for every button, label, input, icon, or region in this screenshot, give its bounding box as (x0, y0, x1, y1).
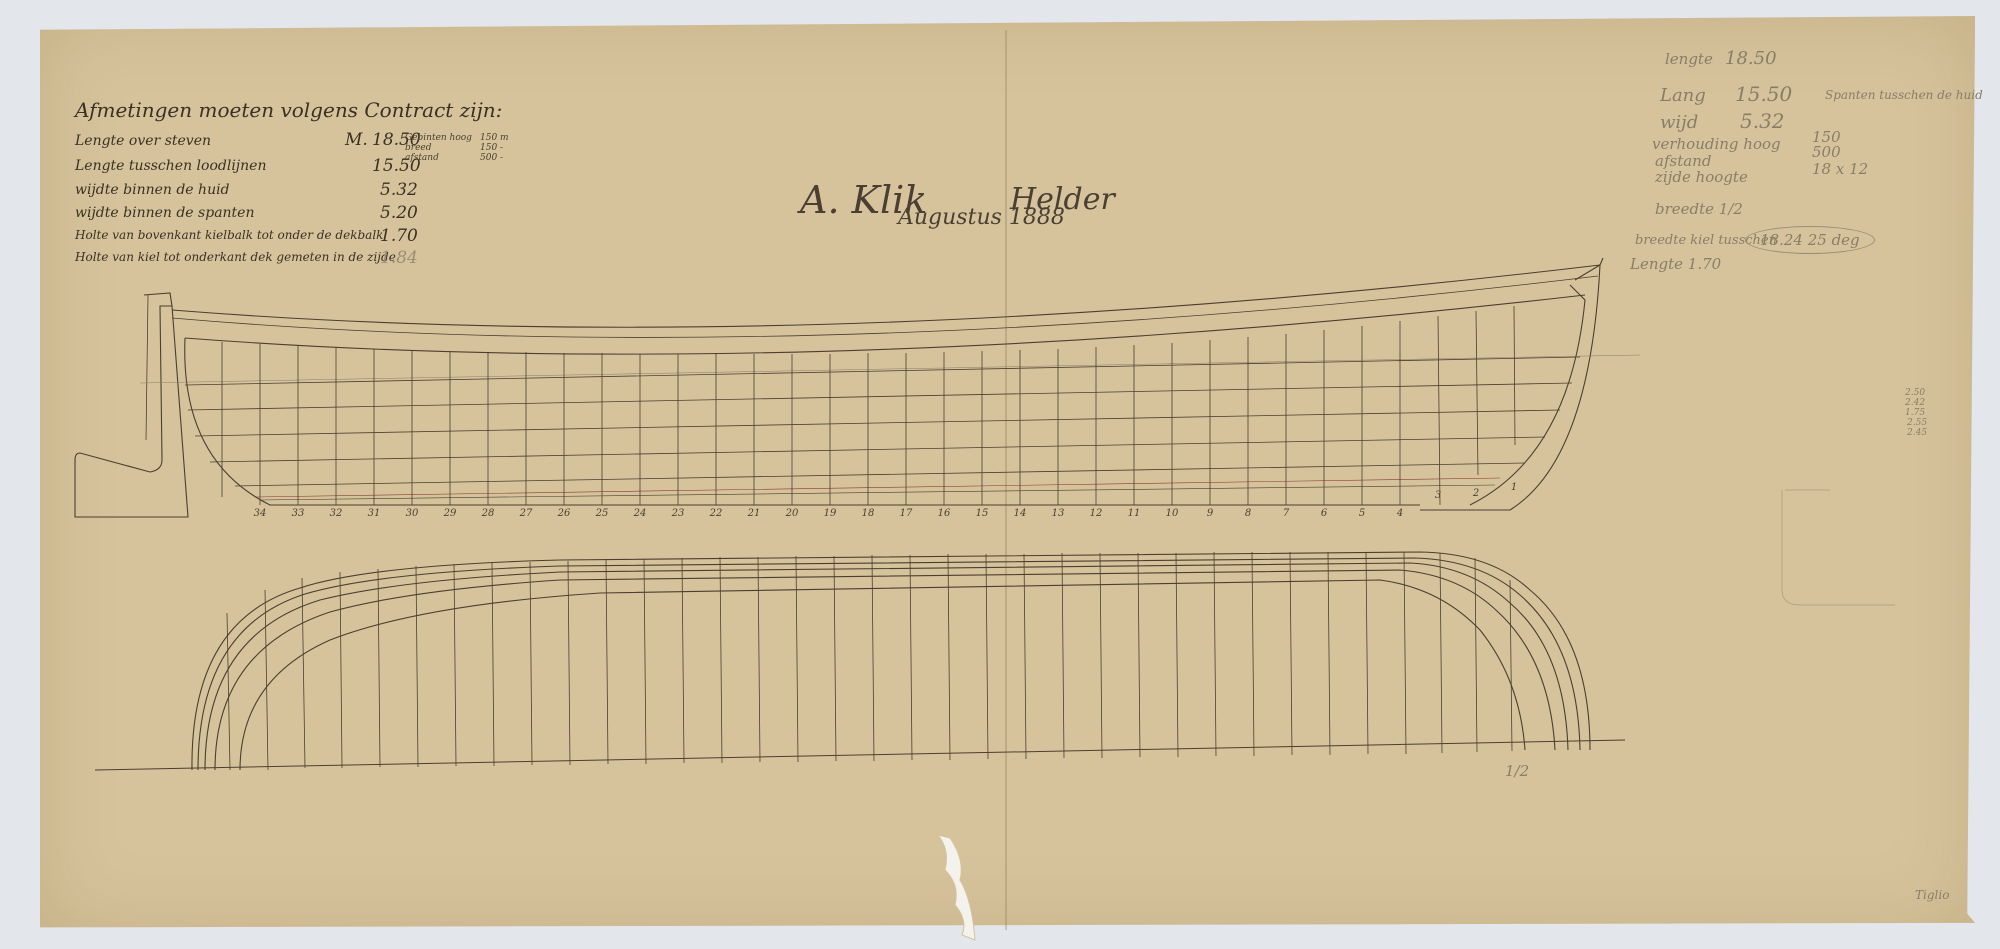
station-label: 26 (558, 508, 571, 519)
station-label: 29 (444, 508, 457, 519)
station-label: 14 (1014, 508, 1027, 519)
station-label: 8 (1245, 508, 1251, 519)
station-label: 2 (1473, 488, 1479, 499)
station-label: 20 (786, 508, 799, 519)
plan-view (95, 552, 1625, 770)
station-label: 12 (1090, 508, 1103, 519)
station-label: 25 (596, 508, 609, 519)
station-label: 18 (862, 508, 875, 519)
station-label: 5 (1359, 508, 1365, 519)
station-label: 23 (672, 508, 685, 519)
station-label: 34 (254, 508, 267, 519)
station-label: 13 (1052, 508, 1065, 519)
station-label: 1 (1511, 482, 1517, 493)
station-label: 7 (1283, 508, 1289, 519)
station-label: 10 (1166, 508, 1179, 519)
station-label: 19 (824, 508, 837, 519)
station-label: 15 (976, 508, 989, 519)
station-label: 21 (748, 508, 761, 519)
station-label: 11 (1128, 508, 1141, 519)
station-label: 9 (1207, 508, 1213, 519)
station-label: 22 (710, 508, 723, 519)
station-label: 33 (292, 508, 305, 519)
station-label: 30 (406, 508, 419, 519)
hull-drawing (0, 0, 2000, 949)
bow-stem (1470, 285, 1585, 505)
sheer-line (172, 265, 1600, 327)
pencil-sketch (1782, 490, 1895, 605)
station-label: 3 (1435, 490, 1441, 501)
station-label: 28 (482, 508, 495, 519)
station-label: 4 (1397, 508, 1403, 519)
station-label: 27 (520, 508, 533, 519)
paper-tear (938, 835, 975, 940)
station-label: 32 (330, 508, 343, 519)
station-label: 17 (900, 508, 913, 519)
stern-post (75, 293, 188, 517)
station-label: 24 (634, 508, 647, 519)
station-label: 6 (1321, 508, 1327, 519)
station-label: 31 (368, 508, 381, 519)
station-label: 16 (938, 508, 951, 519)
